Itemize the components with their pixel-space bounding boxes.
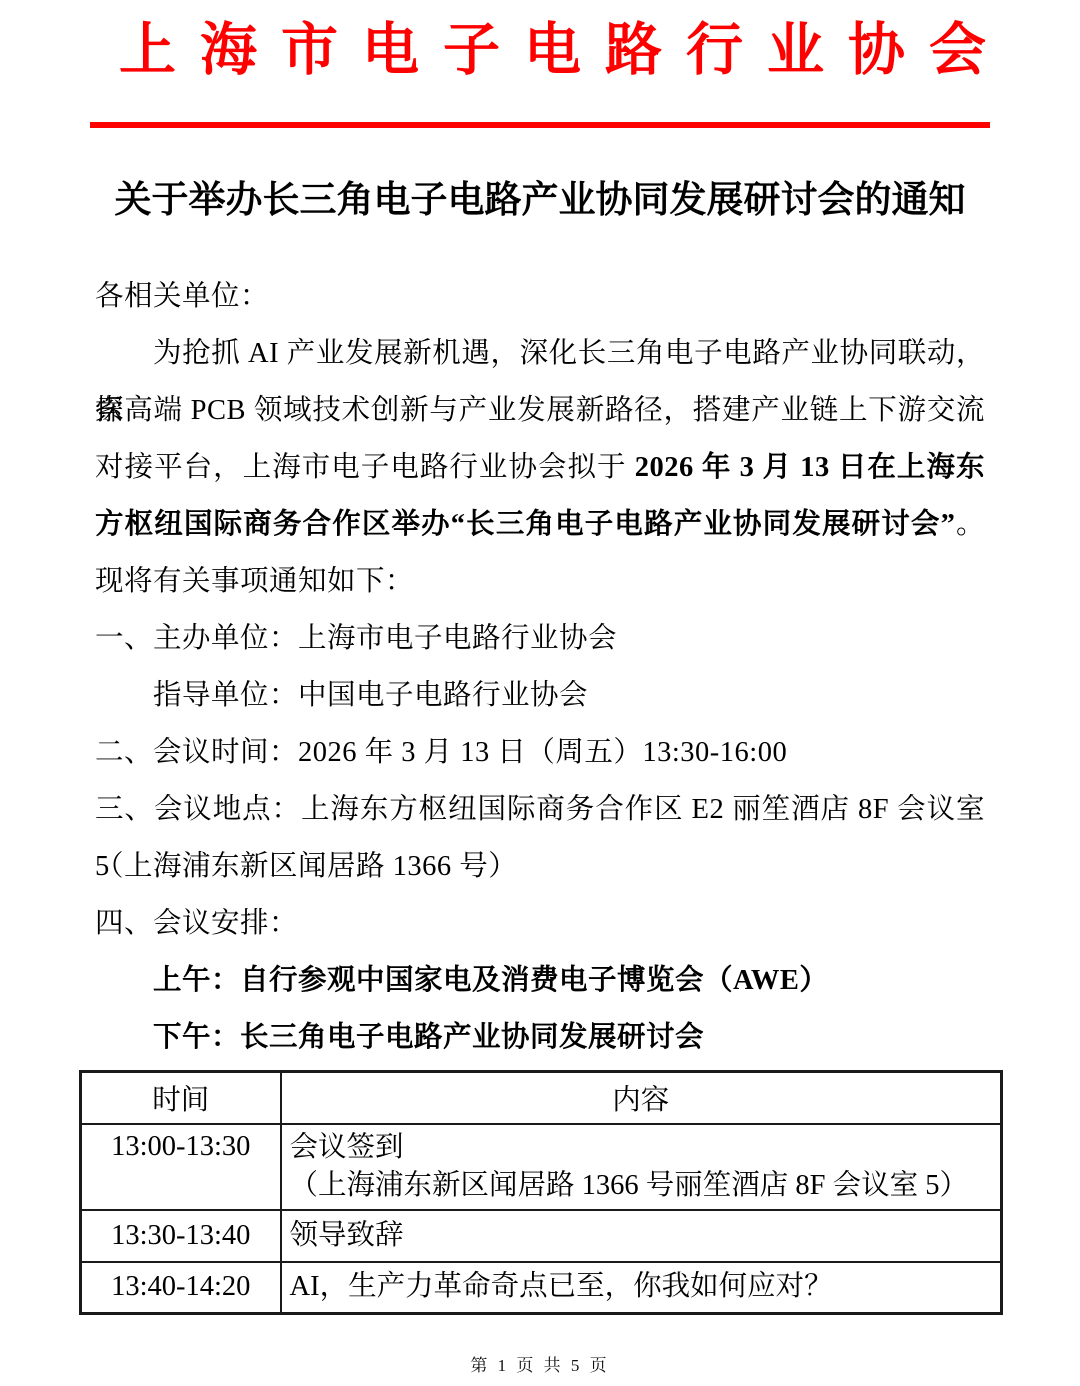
body-line-salutation: 各相关单位： [95, 268, 985, 325]
body-line: 为抢抓 AI 产业发展新机遇，深化长三角电子电路产业协同联动，探 [95, 325, 985, 382]
body-line-host-unit: 一、主办单位：上海市电子电路行业协会 [95, 610, 985, 667]
agenda-table-header-row: 时间 内容 [81, 1072, 1002, 1124]
agenda-time: 13:00-13:30 [81, 1124, 281, 1210]
body-line: 索高端 PCB 领域技术创新与产业发展新路径，搭建产业链上下游交流 [95, 382, 985, 439]
page-number: 第 1 页 共 5 页 [95, 1351, 985, 1376]
body-line-address: （上海浦东新区闻居路 1366 号） [95, 838, 985, 895]
body-line-meeting-place: 三、会议地点：上海东方枢纽国际商务合作区 E2 丽笙酒店 8F 会议室 5 [95, 781, 985, 838]
body-line-afternoon: 下午：长三角电子电路产业协同发展研讨会 [95, 1009, 985, 1066]
org-name-header: 上海市电子电路行业协会 [95, 12, 985, 88]
document-page: 上海市电子电路行业协会 关于举办长三角电子电路产业协同发展研讨会的通知 各相关单… [0, 0, 1080, 1386]
table-row: 13:00-13:30 会议签到 （上海浦东新区闻居路 1366 号丽笙酒店 8… [81, 1124, 1002, 1210]
body-line-morning: 上午：自行参观中国家电及消费电子博览会（AWE） [95, 952, 985, 1009]
table-row: 13:30-13:40 领导致辞 [81, 1210, 1002, 1262]
table-header-content: 内容 [281, 1072, 1002, 1124]
agenda-content: AI，生产力革命奇点已至，你我如何应对？ [281, 1262, 1002, 1314]
document-body: 各相关单位： 为抢抓 AI 产业发展新机遇，深化长三角电子电路产业协同联动，探 … [95, 268, 985, 1066]
table-row: 13:40-14:20 AI，生产力革命奇点已至，你我如何应对？ [81, 1262, 1002, 1314]
body-line: 方枢纽国际商务合作区举办“长三角电子电路产业协同发展研讨会”。 [95, 496, 985, 553]
agenda-time: 13:40-14:20 [81, 1262, 281, 1314]
agenda-time: 13:30-13:40 [81, 1210, 281, 1262]
body-line-meeting-time: 二、会议时间：2026 年 3 月 13 日（周五）13:30-16:00 [95, 724, 985, 781]
agenda-content: 会议签到 （上海浦东新区闻居路 1366 号丽笙酒店 8F 会议室 5） [281, 1124, 1002, 1210]
body-line-agenda-heading: 四、会议安排： [95, 895, 985, 952]
body-line-guide-unit: 指导单位：中国电子电路行业协会 [95, 667, 985, 724]
agenda-table: 时间 内容 13:00-13:30 会议签到 （上海浦东新区闻居路 1366 号… [79, 1070, 1003, 1315]
header-divider-rule [90, 122, 990, 128]
body-line: 现将有关事项通知如下： [95, 553, 985, 610]
agenda-content: 领导致辞 [281, 1210, 1002, 1262]
document-title: 关于举办长三角电子电路产业协同发展研讨会的通知 [95, 178, 985, 222]
body-line: 对接平台，上海市电子电路行业协会拟于 2026 年 3 月 13 日在上海东 [95, 439, 985, 496]
table-header-time: 时间 [81, 1072, 281, 1124]
